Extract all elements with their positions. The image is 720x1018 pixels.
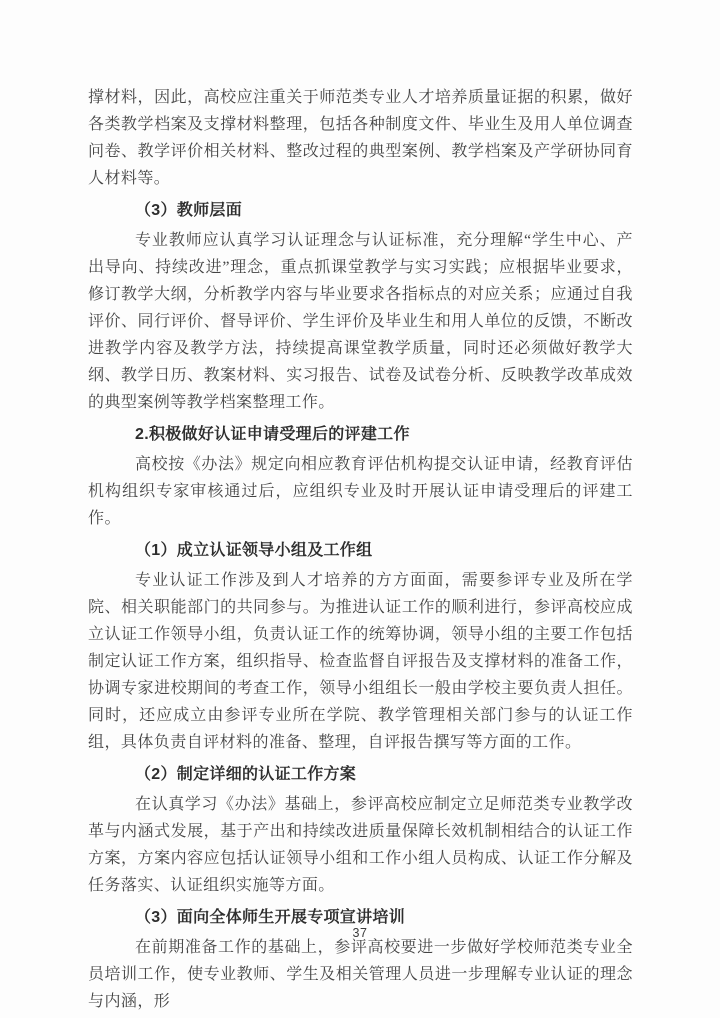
paragraph: 撑材料，因此，高校应注重关于师范类专业人才培养质量证据的积累，做好各类教学档案及… <box>88 84 633 192</box>
paragraph: 在认真学习《办法》基础上，参评高校应制定立足师范类专业教学改革与内涵式发展，基于… <box>88 791 633 899</box>
document-page: 撑材料，因此，高校应注重关于师范类专业人才培养质量证据的积累，做好各类教学档案及… <box>0 0 720 1018</box>
paragraph: 专业认证工作涉及到人才培养的方方面面，需要参评专业及所在学院、相关职能部门的共同… <box>88 567 633 756</box>
section-heading: 2.积极做好认证申请受理后的评建工作 <box>88 421 633 448</box>
page-footer: 37 <box>0 924 720 942</box>
paragraph: 专业教师应认真学习认证理念与认证标准，充分理解“学生中心、产出导向、持续改进”理… <box>88 227 633 416</box>
document-body: 撑材料，因此，高校应注重关于师范类专业人才培养质量证据的积累，做好各类教学档案及… <box>88 84 633 1015</box>
section-heading: （1）成立认证领导小组及工作组 <box>88 537 633 564</box>
section-heading: （2）制定详细的认证工作方案 <box>88 761 633 788</box>
page-number: 37 <box>353 926 368 940</box>
paragraph: 高校按《办法》规定向相应教育评估机构提交认证申请，经教育评估机构组织专家审核通过… <box>88 451 633 532</box>
section-heading: （3）教师层面 <box>88 197 633 224</box>
paragraph: 在前期准备工作的基础上，参评高校要进一步做好学校师范类专业全员培训工作，使专业教… <box>88 934 633 1015</box>
